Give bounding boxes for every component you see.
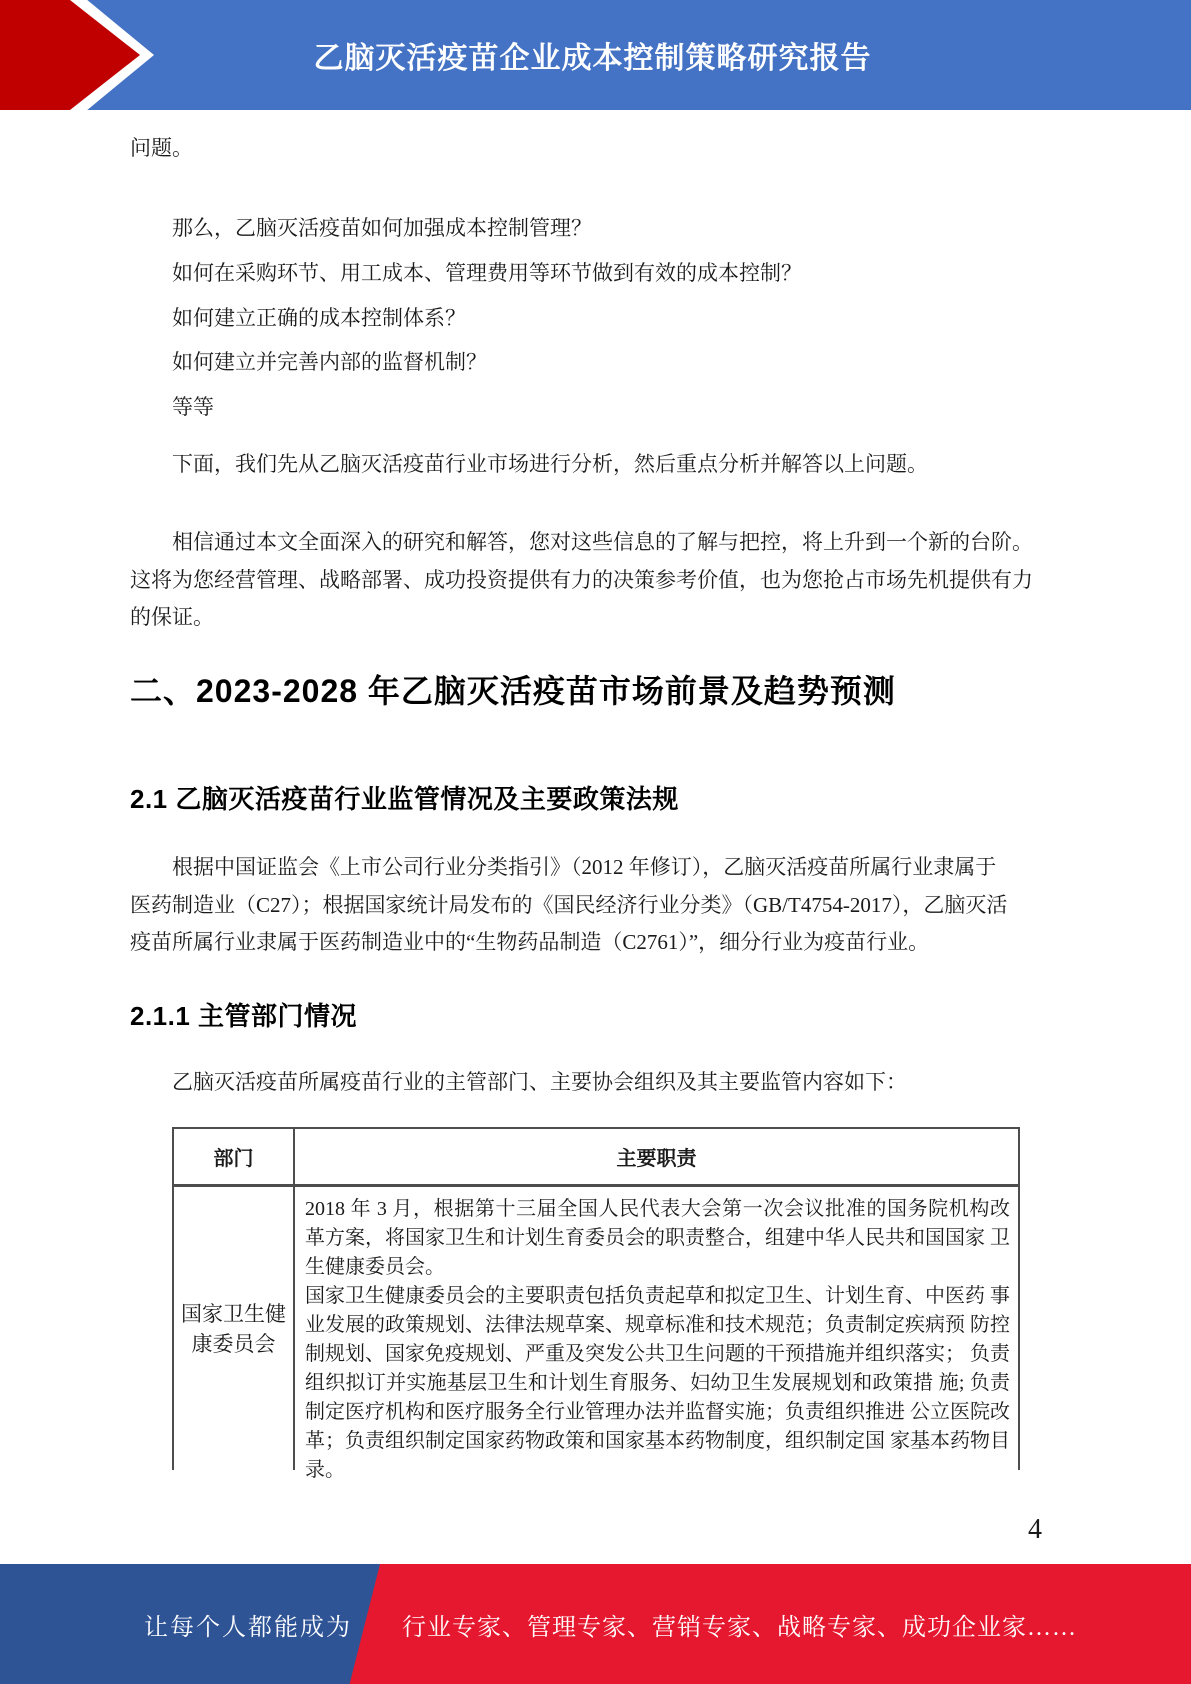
footer-slogan-right: 行业专家、管理专家、营销专家、战略专家、成功企业家…… xyxy=(402,1564,1077,1684)
regulators-table: 部门 主要职责 国家卫生健康委员会 2018 年 3 月，根据第十三届全国人民代… xyxy=(172,1127,1020,1470)
transition-paragraph: 下面，我们先从乙脑灭活疫苗行业市场进行分析，然后重点分析并解答以上问题。 xyxy=(172,452,928,477)
question-line: 如何在采购环节、用工成本、管理费用等环节做到有效的成本控制？ xyxy=(172,261,802,286)
believe-paragraph-line: 的保证。 xyxy=(130,605,214,630)
table-header-row: 部门 主要职责 xyxy=(174,1129,1018,1187)
page-number: 4 xyxy=(1028,1514,1042,1546)
paragraph-leftover: 问题。 xyxy=(130,136,193,161)
duty-paragraph: 国家卫生健康委员会的主要职责包括负责起草和拟定卫生、计划生育、中医药 事业发展的… xyxy=(305,1282,1010,1485)
question-line: 如何建立正确的成本控制体系？ xyxy=(172,306,466,331)
s21-paragraph-line: 医药制造业（C27）；根据国家统计局发布的《国民经济行业分类》（GB/T4754… xyxy=(130,893,1007,918)
document-page: 乙脑灭活疫苗企业成本控制策略研究报告 问题。 那么，乙脑灭活疫苗如何加强成本控制… xyxy=(0,0,1191,1684)
table-header-duty: 主要职责 xyxy=(295,1129,1018,1184)
believe-paragraph-line: 相信通过本文全面深入的研究和解答，您对这些信息的了解与把控，将上升到一个新的台阶… xyxy=(172,530,1033,555)
believe-paragraph-line: 这将为您经营管理、战略部署、成功投资提供有力的决策参考价值，也为您抢占市场先机提… xyxy=(130,568,1033,593)
footer-slogan-left: 让每个人都能成为 xyxy=(0,1564,352,1684)
duty-paragraph: 2018 年 3 月，根据第十三届全国人民代表大会第一次会议批准的国务院机构改 … xyxy=(305,1195,1010,1282)
question-line: 等等 xyxy=(172,395,214,420)
table-header-dept: 部门 xyxy=(174,1129,295,1184)
subsection-heading-2-1: 2.1 乙脑灭活疫苗行业监管情况及主要政策法规 xyxy=(130,779,679,816)
duty-cell: 2018 年 3 月，根据第十三届全国人民代表大会第一次会议批准的国务院机构改 … xyxy=(295,1187,1018,1485)
question-line: 如何建立并完善内部的监督机制？ xyxy=(172,350,487,375)
s21-paragraph-line: 根据中国证监会《上市公司行业分类指引》（2012 年修订），乙脑灭活疫苗所属行业… xyxy=(172,855,996,880)
question-line: 那么，乙脑灭活疫苗如何加强成本控制管理？ xyxy=(172,216,592,241)
report-title: 乙脑灭活疫苗企业成本控制策略研究报告 xyxy=(0,0,1191,110)
dept-name-cell: 国家卫生健康委员会 xyxy=(178,1299,290,1359)
s21-paragraph-line: 疫苗所属行业隶属于医药制造业中的“生物药品制造（C2761）”，细分行业为疫苗行… xyxy=(130,930,929,955)
s211-paragraph: 乙脑灭活疫苗所属疫苗行业的主管部门、主要协会组织及其主要监管内容如下： xyxy=(172,1070,907,1095)
page-header: 乙脑灭活疫苗企业成本控制策略研究报告 xyxy=(0,0,1191,110)
table-row: 国家卫生健康委员会 2018 年 3 月，根据第十三届全国人民代表大会第一次会议… xyxy=(174,1187,1018,1470)
page-footer: 让每个人都能成为 行业专家、管理专家、营销专家、战略专家、成功企业家…… xyxy=(0,1564,1191,1684)
subsection-heading-2-1-1: 2.1.1 主管部门情况 xyxy=(130,996,357,1033)
section-heading: 二、2023-2028 年乙脑灭活疫苗市场前景及趋势预测 xyxy=(130,666,896,712)
